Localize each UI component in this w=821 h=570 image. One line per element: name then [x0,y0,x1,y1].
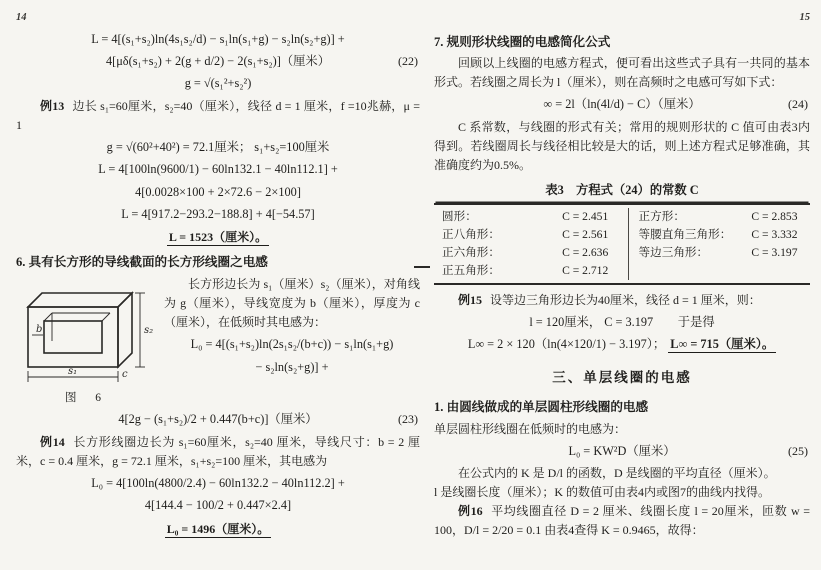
page-right: 15 7. 规则形状线圈的电感简化公式 回顾以上线圈的电感方程式，便可看出这些式… [434,0,810,570]
figure-label-b: b [36,324,42,335]
table-cell: 正八角形： [442,226,562,244]
page-number-right: 15 [434,10,810,27]
equation-22-line3: g = √(s₁²+s₂²) [16,74,420,93]
k-explanation-2: l 是线圈长度（厘米）；K 的数值可由表4内或图7的曲线内找得。 [434,483,810,502]
example-16-label: 例16 [458,504,483,518]
example-15-text: 设等边三角形边长为40厘米，线径 d = 1 厘米，则： [490,293,761,307]
equation-22-number: (22) [398,52,418,71]
example-13-result-text: L = 1523（厘米）。 [167,230,269,246]
equation-23-line3-text: 4[2g − (s₁+s₂)/2 + 0.447(b+c)]（厘米） [118,412,317,426]
table-cell: C = 2.561 [562,226,628,244]
section-7-para2: C 系常数，与线圈的形式有关；常用的规则形状的 C 值可由表3内得到。若线圈周长… [434,118,810,175]
equation-22-line2-text: 4[μδ(s₁+s₂) + 2(g + d/2) − 2(s₁+s₂)]（厘米） [106,54,330,68]
example-13-paragraph: 例13边长 s₁=60厘米，s₂=40（厘米），线径 d = 1 厘米，f =1… [16,97,420,135]
subsection-1-intro: 单层圆柱形线圈在低频时的电感为： [434,420,810,439]
table-cell: C = 2.451 [562,208,628,226]
table-cell: C = 2.712 [562,262,628,280]
table-cell: C = 3.197 [751,244,806,262]
equation-22-line2: 4[μδ(s₁+s₂) + 2(g + d/2) − 2(s₁+s₂)]（厘米）… [16,52,420,71]
table-cell: C = 3.332 [751,226,806,244]
section-3-heading: 三、单层线圈的电感 [434,367,810,388]
section-6-body: b s₁ s₂ c 图 6 长方形边长为 s₁（厘米）s₂（厘米），对角线为 g [16,275,420,407]
table-cell: 圆形： [442,208,562,226]
section-6-title: 6. 具有长方形的导线截面的长方形线圈之电感 [16,253,420,273]
equation-24-text: ∞ = 2l（ln(4l/d) − C）（厘米） [543,97,700,111]
table-cell: 等腰直角三角形： [639,226,752,244]
example-13-eq-1: g = √(60²+40²) = 72.1厘米； s₁+s₂=100厘米 [16,138,420,157]
example-14-text: 长方形线圈边长为 s₁=60厘米，s₂=40 厘米，导线尺寸：b = 2 厘米，… [16,435,420,468]
example-15-line2: l = 120厘米， C = 3.197 于是得 [434,313,810,332]
example-15-label: 例15 [458,293,482,307]
example-14-result-text: L₀ = 1496（厘米）。 [165,522,271,538]
subsection-1-title: 1. 由圆线做成的单层圆柱形线圈的电感 [434,398,810,418]
k-explanation-1: 在公式内的 K 是 D/l 的函数，D 是线圈的平均直径（厘米）。 [434,464,810,483]
page-left: 14 L = 4[(s₁+s₂)ln(4s₁s₂/d) − s₁ln(s₁+g)… [16,0,420,570]
equation-24-number: (24) [788,95,808,114]
table-3-caption: 表3 方程式（24）的常数 C [434,181,810,200]
example-13-eq-2: L = 4[100ln(9600/1) − 60ln132.1 − 40ln11… [16,160,420,179]
section-7-para1: 回顾以上线圈的电感方程式，便可看出这些式子具有一共同的基本形式。若线圈之周长为 … [434,54,810,92]
scanned-book-spread: 14 L = 4[(s₁+s₂)ln(4s₁s₂/d) − s₁ln(s₁+g)… [0,0,821,570]
table-cell: 正方形： [639,208,752,226]
example-14-paragraph: 例14长方形线圈边长为 s₁=60厘米，s₂=40 厘米，导线尺寸：b = 2 … [16,433,420,471]
example-15-equation: L∞ = 2 × 120（ln(4×120/1) − 3.197）； L∞ = … [434,335,810,354]
example-14-eq-2: 4[144.4 − 100/2 + 0.447×2.4] [16,496,420,515]
example-13-text: 边长 s₁=60厘米，s₂=40（厘米），线径 d = 1 厘米，f =10兆赫… [16,99,420,132]
table-cell: C = 2.853 [751,208,806,226]
example-13-result: L = 1523（厘米）。 [16,228,420,247]
equation-24: ∞ = 2l（ln(4l/d) − C）（厘米） (24) [434,95,810,114]
table-cell: 正六角形： [442,244,562,262]
figure-6-caption: 图 6 [16,389,158,407]
example-14-label: 例14 [40,435,65,449]
table-cell [639,262,752,280]
example-15-result: L∞ = 715（厘米）。 [668,337,776,353]
equation-25: L₀ = KW²D（厘米） (25) [434,442,810,461]
table-3: 圆形： C = 2.451 正方形： C = 2.853 正八角形： C = 2… [434,203,810,285]
equation-23-number: (23) [398,410,418,429]
example-13-label: 例13 [40,99,64,113]
example-15-paragraph: 例15设等边三角形边长为40厘米，线径 d = 1 厘米，则： [434,291,810,310]
page-number-left: 14 [16,10,420,27]
table-cell [751,262,806,280]
example-15-eq-text: L∞ = 2 × 120（ln(4×120/1) − 3.197）； [468,337,665,351]
table-cell: 正五角形： [442,262,562,280]
equation-25-number: (25) [788,442,808,461]
table-cell: 等边三角形： [639,244,752,262]
example-13-eq-3: 4[0.0028×100 + 2×72.6 − 2×100] [16,183,420,202]
table-cell: C = 2.636 [562,244,628,262]
example-14-eq-1: L₀ = 4[100ln(4800/2.4) − 60ln132.2 − 40l… [16,474,420,493]
example-16-text: 平均线圈直径 D = 2 厘米、线圈长度 l = 20厘米，匝数 w = 100… [434,504,810,537]
example-13-eq-4: L = 4[917.2−293.2−188.8] + 4[−54.57] [16,205,420,224]
equation-25-text: L₀ = KW²D（厘米） [568,444,675,458]
equation-23-line2: − s₂ln(s₂+g)] + [16,358,420,377]
equation-23-line1: L₀ = 4[(s₁+s₂)ln(2s₁s₂/(b+c)) − s₁ln(s₁+… [16,335,420,354]
gutter-dash-mark [414,266,430,268]
example-16-paragraph: 例16平均线圈直径 D = 2 厘米、线圈长度 l = 20厘米，匝数 w = … [434,502,810,540]
section-7-title: 7. 规则形状线圈的电感简化公式 [434,33,810,53]
figure-right-face [118,293,132,367]
equation-22-line1: L = 4[(s₁+s₂)ln(4s₁s₂/d) − s₁ln(s₁+g) − … [16,30,420,49]
example-14-result: L₀ = 1496（厘米）。 [16,520,420,539]
figure-top-face [28,293,132,307]
equation-23-line3: 4[2g − (s₁+s₂)/2 + 0.447(b+c)]（厘米） (23) [16,410,420,429]
